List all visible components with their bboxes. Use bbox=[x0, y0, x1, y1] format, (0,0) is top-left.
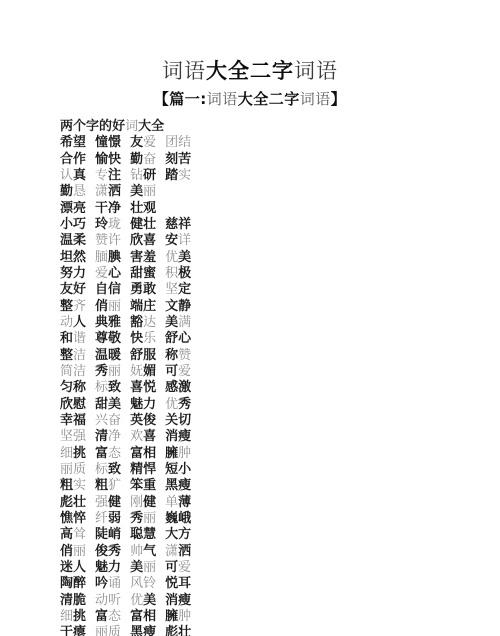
word: 和谐 bbox=[60, 331, 86, 347]
word: 秀丽 bbox=[130, 511, 156, 527]
word: 坚定 bbox=[165, 282, 191, 298]
word: 俏丽 bbox=[60, 544, 86, 560]
word: 称赞 bbox=[165, 348, 191, 364]
word-row: 坚强清净欢喜消瘦 bbox=[60, 429, 191, 445]
word: 迷人 bbox=[60, 560, 86, 576]
word: 腼腆 bbox=[95, 250, 121, 266]
word: 欢喜 bbox=[130, 429, 156, 445]
word-row: 动人典雅豁达美满 bbox=[60, 315, 191, 331]
word: 纤弱 bbox=[95, 511, 121, 527]
document-page: 词语大全二字词语 【篇一:词语大全二字词语】 两个字的好词大全希望憧憬友爱团结合… bbox=[0, 0, 500, 636]
word-row: 温柔赞许欣喜安详 bbox=[60, 233, 191, 249]
word-row: 勤恳潇洒美丽 bbox=[60, 184, 191, 200]
word-row: 欣慰甜美魅力优秀 bbox=[60, 397, 191, 413]
word: 英俊 bbox=[130, 413, 156, 429]
word: 聪慧 bbox=[130, 527, 156, 543]
word-row: 友好自信勇敢坚定 bbox=[60, 282, 191, 298]
word: 坚强 bbox=[60, 429, 86, 445]
word-row: 整齐俏丽端庄文静 bbox=[60, 299, 191, 315]
word: 风铃 bbox=[130, 576, 156, 592]
word: 动人 bbox=[60, 315, 86, 331]
word: 粗犷 bbox=[95, 478, 121, 494]
word: 整齐 bbox=[60, 299, 86, 315]
word: 友爱 bbox=[130, 135, 156, 151]
word: 黑瘦 bbox=[130, 625, 156, 636]
word: 漂亮 bbox=[60, 201, 86, 217]
word: 喜悦 bbox=[130, 380, 156, 396]
section-subtitle: 【篇一:词语大全二字词语】 bbox=[0, 90, 500, 109]
word-row: 希望憧憬友爱团结 bbox=[60, 135, 191, 151]
word: 陡峭 bbox=[95, 527, 121, 543]
word: 魅力 bbox=[130, 397, 156, 413]
word: 尊敬 bbox=[95, 331, 121, 347]
word: 魅力 bbox=[95, 560, 121, 576]
word: 刚健 bbox=[130, 495, 156, 511]
word: 笨重 bbox=[130, 478, 156, 494]
word: 妩媚 bbox=[130, 364, 156, 380]
word: 干瘪 bbox=[60, 625, 86, 636]
word: 美丽 bbox=[130, 184, 156, 200]
word: 坦然 bbox=[60, 250, 86, 266]
word: 勇敢 bbox=[130, 282, 156, 298]
word-row: 粗实粗犷笨重黑瘦 bbox=[60, 478, 191, 494]
word: 温柔 bbox=[60, 233, 86, 249]
word: 单薄 bbox=[165, 495, 191, 511]
word: 舒心 bbox=[165, 331, 191, 347]
word: 悦耳 bbox=[165, 576, 191, 592]
word-row: 匀称标致喜悦感激 bbox=[60, 380, 191, 396]
word: 壮观 bbox=[130, 201, 156, 217]
word: 憔悴 bbox=[60, 511, 86, 527]
word: 俏丽 bbox=[95, 299, 121, 315]
page-title: 词语大全二字词语 bbox=[0, 59, 500, 84]
word: 匀称 bbox=[60, 380, 86, 396]
word: 可爱 bbox=[165, 560, 191, 576]
word-row: 丽质标致精悍短小 bbox=[60, 462, 191, 478]
word: 可爱 bbox=[165, 364, 191, 380]
word: 健壮 bbox=[130, 217, 156, 233]
word: 丽质 bbox=[60, 462, 86, 478]
title-segment: 词语 bbox=[162, 59, 206, 83]
word: 踏实 bbox=[165, 168, 191, 184]
word: 害羞 bbox=[130, 250, 156, 266]
word: 认真 bbox=[60, 168, 86, 184]
word-row: 坦然腼腆害羞优美 bbox=[60, 250, 191, 266]
word: 俊秀 bbox=[95, 544, 121, 560]
word: 彪壮 bbox=[60, 495, 86, 511]
word-row: 俏丽俊秀帅气潇洒 bbox=[60, 544, 191, 560]
word: 粗实 bbox=[60, 478, 86, 494]
word: 潇洒 bbox=[165, 544, 191, 560]
word: 优美 bbox=[165, 250, 191, 266]
word: 强健 bbox=[95, 495, 121, 511]
word: 清净 bbox=[95, 429, 121, 445]
word-row: 彪壮强健刚健单薄 bbox=[60, 495, 191, 511]
word: 臃肿 bbox=[165, 446, 191, 462]
word: 欣慰 bbox=[60, 397, 86, 413]
word: 帅气 bbox=[130, 544, 156, 560]
word: 关切 bbox=[165, 413, 191, 429]
word-row: 干瘪丽质黑瘦彪壮 bbox=[60, 625, 191, 636]
word-row: 高耸陡峭聪慧大方 bbox=[60, 527, 191, 543]
word: 文静 bbox=[165, 299, 191, 315]
word-row: 陶醉吟诵风铃悦耳 bbox=[60, 576, 191, 592]
word: 感激 bbox=[165, 380, 191, 396]
title-segment: 】 bbox=[331, 90, 347, 108]
word: 两个字的好词大全 bbox=[60, 119, 164, 135]
word: 消瘦 bbox=[165, 593, 191, 609]
word: 典雅 bbox=[95, 315, 121, 331]
word: 合作 bbox=[60, 152, 86, 168]
word: 高耸 bbox=[60, 527, 86, 543]
word: 标致 bbox=[95, 462, 121, 478]
word: 友好 bbox=[60, 282, 86, 298]
word: 彪壮 bbox=[165, 625, 191, 636]
word: 潇洒 bbox=[95, 184, 121, 200]
word-row: 细挑富态富相臃肿 bbox=[60, 446, 191, 462]
word: 陶醉 bbox=[60, 576, 86, 592]
word: 钻研 bbox=[130, 168, 156, 184]
title-segment: 词语 bbox=[294, 59, 338, 83]
word-row: 认真专注钻研踏实 bbox=[60, 168, 191, 184]
word-row: 幸福兴奋英俊关切 bbox=[60, 413, 191, 429]
word: 富相 bbox=[130, 609, 156, 625]
word: 努力 bbox=[60, 266, 86, 282]
word-row: 清脆动听优美消瘦 bbox=[60, 593, 191, 609]
word-row: 细挑富态富相臃肿 bbox=[60, 609, 191, 625]
word: 刻苦 bbox=[165, 152, 191, 168]
word: 慈祥 bbox=[165, 217, 191, 233]
word-list: 两个字的好词大全希望憧憬友爱团结合作愉快勤奋刻苦认真专注钻研踏实勤恳潇洒美丽漂亮… bbox=[60, 119, 191, 636]
word: 温暖 bbox=[95, 348, 121, 364]
word: 玲珑 bbox=[95, 217, 121, 233]
word: 希望 bbox=[60, 135, 86, 151]
word: 简洁 bbox=[60, 364, 86, 380]
word-row: 整洁温暖舒服称赞 bbox=[60, 348, 191, 364]
word: 臃肿 bbox=[165, 609, 191, 625]
word: 富态 bbox=[95, 609, 121, 625]
word-row: 合作愉快勤奋刻苦 bbox=[60, 152, 191, 168]
word: 优秀 bbox=[165, 397, 191, 413]
word: 富相 bbox=[130, 446, 156, 462]
word: 欣喜 bbox=[130, 233, 156, 249]
word: 甜蜜 bbox=[130, 266, 156, 282]
word: 积极 bbox=[165, 266, 191, 282]
word: 甜美 bbox=[95, 397, 121, 413]
word: 豁达 bbox=[130, 315, 156, 331]
word: 丽质 bbox=[95, 625, 121, 636]
word: 自信 bbox=[95, 282, 121, 298]
word-row: 简洁秀丽妩媚可爱 bbox=[60, 364, 191, 380]
title-segment: 词语 bbox=[207, 90, 238, 108]
word: 优美 bbox=[130, 593, 156, 609]
word: 消瘦 bbox=[165, 429, 191, 445]
word-row: 努力爱心甜蜜积极 bbox=[60, 266, 191, 282]
word: 爱心 bbox=[95, 266, 121, 282]
word-row: 迷人魅力美丽可爱 bbox=[60, 560, 191, 576]
word: 细挑 bbox=[60, 446, 86, 462]
title-segment: 【篇一: bbox=[154, 90, 207, 108]
word: 勤奋 bbox=[130, 152, 156, 168]
word: 美丽 bbox=[130, 560, 156, 576]
word: 愉快 bbox=[95, 152, 121, 168]
word: 专注 bbox=[95, 168, 121, 184]
word: 憧憬 bbox=[95, 135, 121, 151]
word: 小巧 bbox=[60, 217, 86, 233]
title-segment: 词语 bbox=[300, 90, 331, 108]
word: 赞许 bbox=[95, 233, 121, 249]
word: 快乐 bbox=[130, 331, 156, 347]
word: 富态 bbox=[95, 446, 121, 462]
word-row: 小巧玲珑健壮慈祥 bbox=[60, 217, 191, 233]
word: 勤恳 bbox=[60, 184, 86, 200]
word: 幸福 bbox=[60, 413, 86, 429]
word: 干净 bbox=[95, 201, 121, 217]
word: 兴奋 bbox=[95, 413, 121, 429]
list-header: 两个字的好词大全 bbox=[60, 119, 191, 135]
word: 黑瘦 bbox=[165, 478, 191, 494]
word: 巍峨 bbox=[165, 511, 191, 527]
word: 秀丽 bbox=[95, 364, 121, 380]
word: 整洁 bbox=[60, 348, 86, 364]
word: 短小 bbox=[165, 462, 191, 478]
word: 动听 bbox=[95, 593, 121, 609]
word: 标致 bbox=[95, 380, 121, 396]
word: 舒服 bbox=[130, 348, 156, 364]
title-segment: 大全二字 bbox=[238, 90, 300, 108]
word: 精悍 bbox=[130, 462, 156, 478]
word: 细挑 bbox=[60, 609, 86, 625]
word: 安详 bbox=[165, 233, 191, 249]
word: 团结 bbox=[165, 135, 191, 151]
word: 吟诵 bbox=[95, 576, 121, 592]
word: 清脆 bbox=[60, 593, 86, 609]
word: 端庄 bbox=[130, 299, 156, 315]
title-segment: 大全二字 bbox=[206, 59, 294, 83]
word-row: 漂亮干净壮观 bbox=[60, 201, 191, 217]
word: 美满 bbox=[165, 315, 191, 331]
word-row: 憔悴纤弱秀丽巍峨 bbox=[60, 511, 191, 527]
word: 大方 bbox=[165, 527, 191, 543]
word-row: 和谐尊敬快乐舒心 bbox=[60, 331, 191, 347]
